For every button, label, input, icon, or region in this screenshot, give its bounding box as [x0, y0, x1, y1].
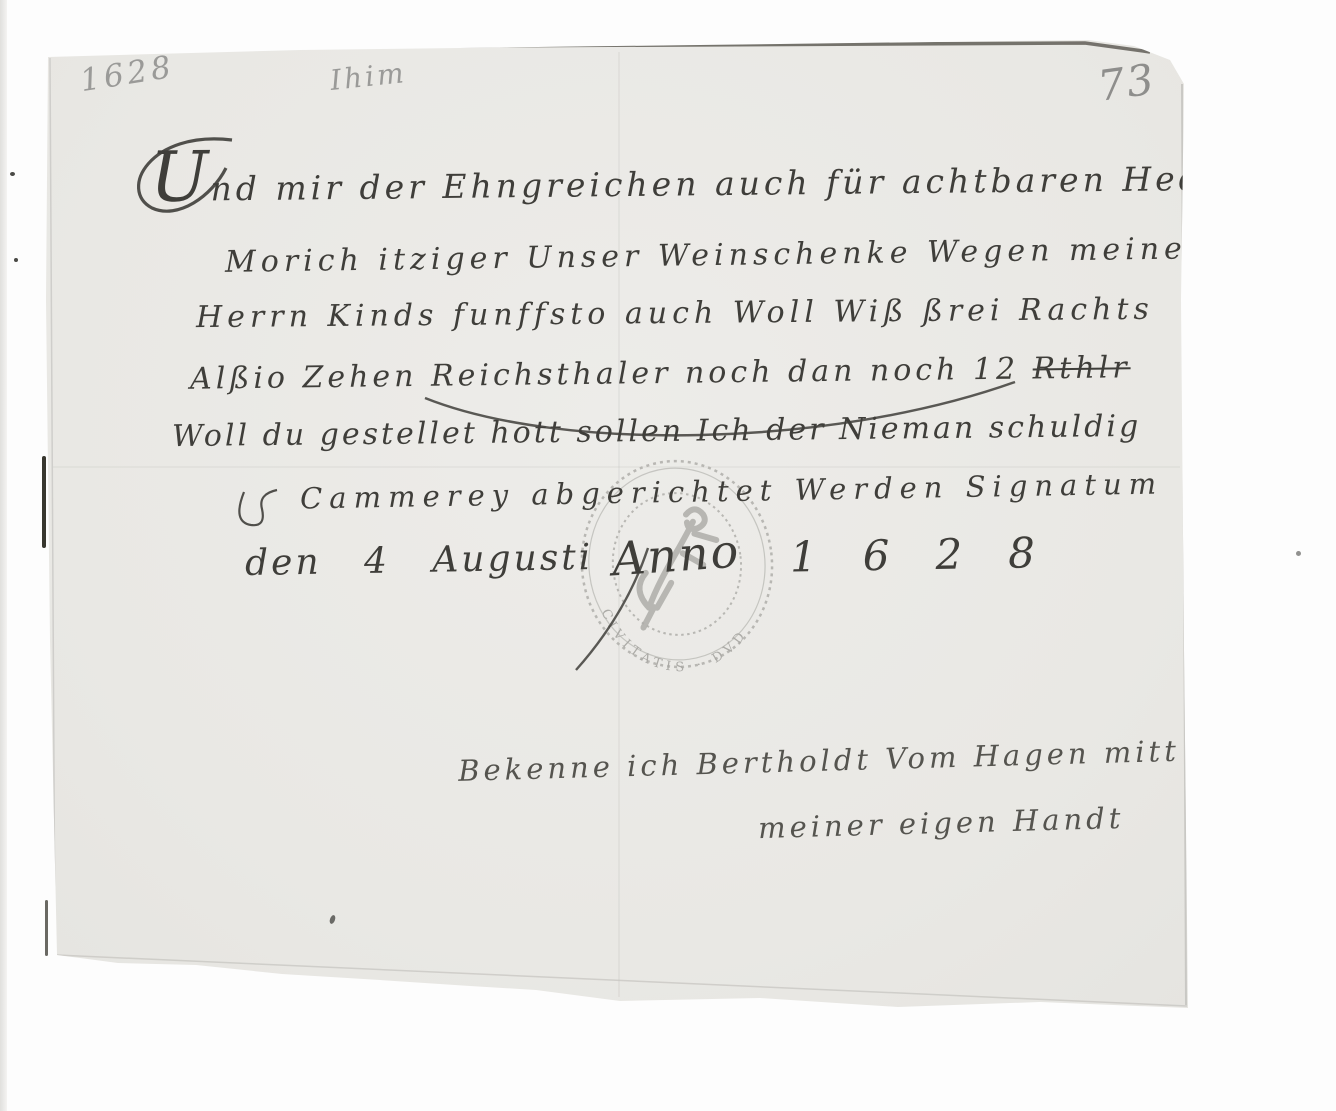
page-number: 73: [1095, 54, 1159, 111]
left-edge-dark-mark-lower: [45, 900, 48, 956]
left-edge-dark-mark: [42, 456, 46, 548]
pen-paraph-flourish: [239, 490, 277, 525]
margin-speck-3: [1296, 551, 1301, 556]
line-4-struck-abbreviation: Rthlr: [1032, 350, 1130, 386]
date-month: Augusti: [432, 537, 594, 581]
date-word-den: den: [245, 542, 322, 584]
date-day: 4: [364, 541, 391, 582]
scanner-edge-shadow: [0, 0, 7, 1111]
date-line-prefix: den 4 Augusti: [245, 537, 594, 584]
date-anno-word: Anno: [610, 524, 742, 587]
manuscript-paper: CIVITATIS · DVD Und mir der Ehngreichen …: [0, 0, 1336, 1111]
document-scan: CIVITATIS · DVD Und mir der Ehngreichen …: [0, 0, 1336, 1111]
margin-speck-2: [14, 258, 18, 262]
margin-speck-1: [10, 172, 15, 176]
date-year: 1628: [790, 527, 1082, 581]
